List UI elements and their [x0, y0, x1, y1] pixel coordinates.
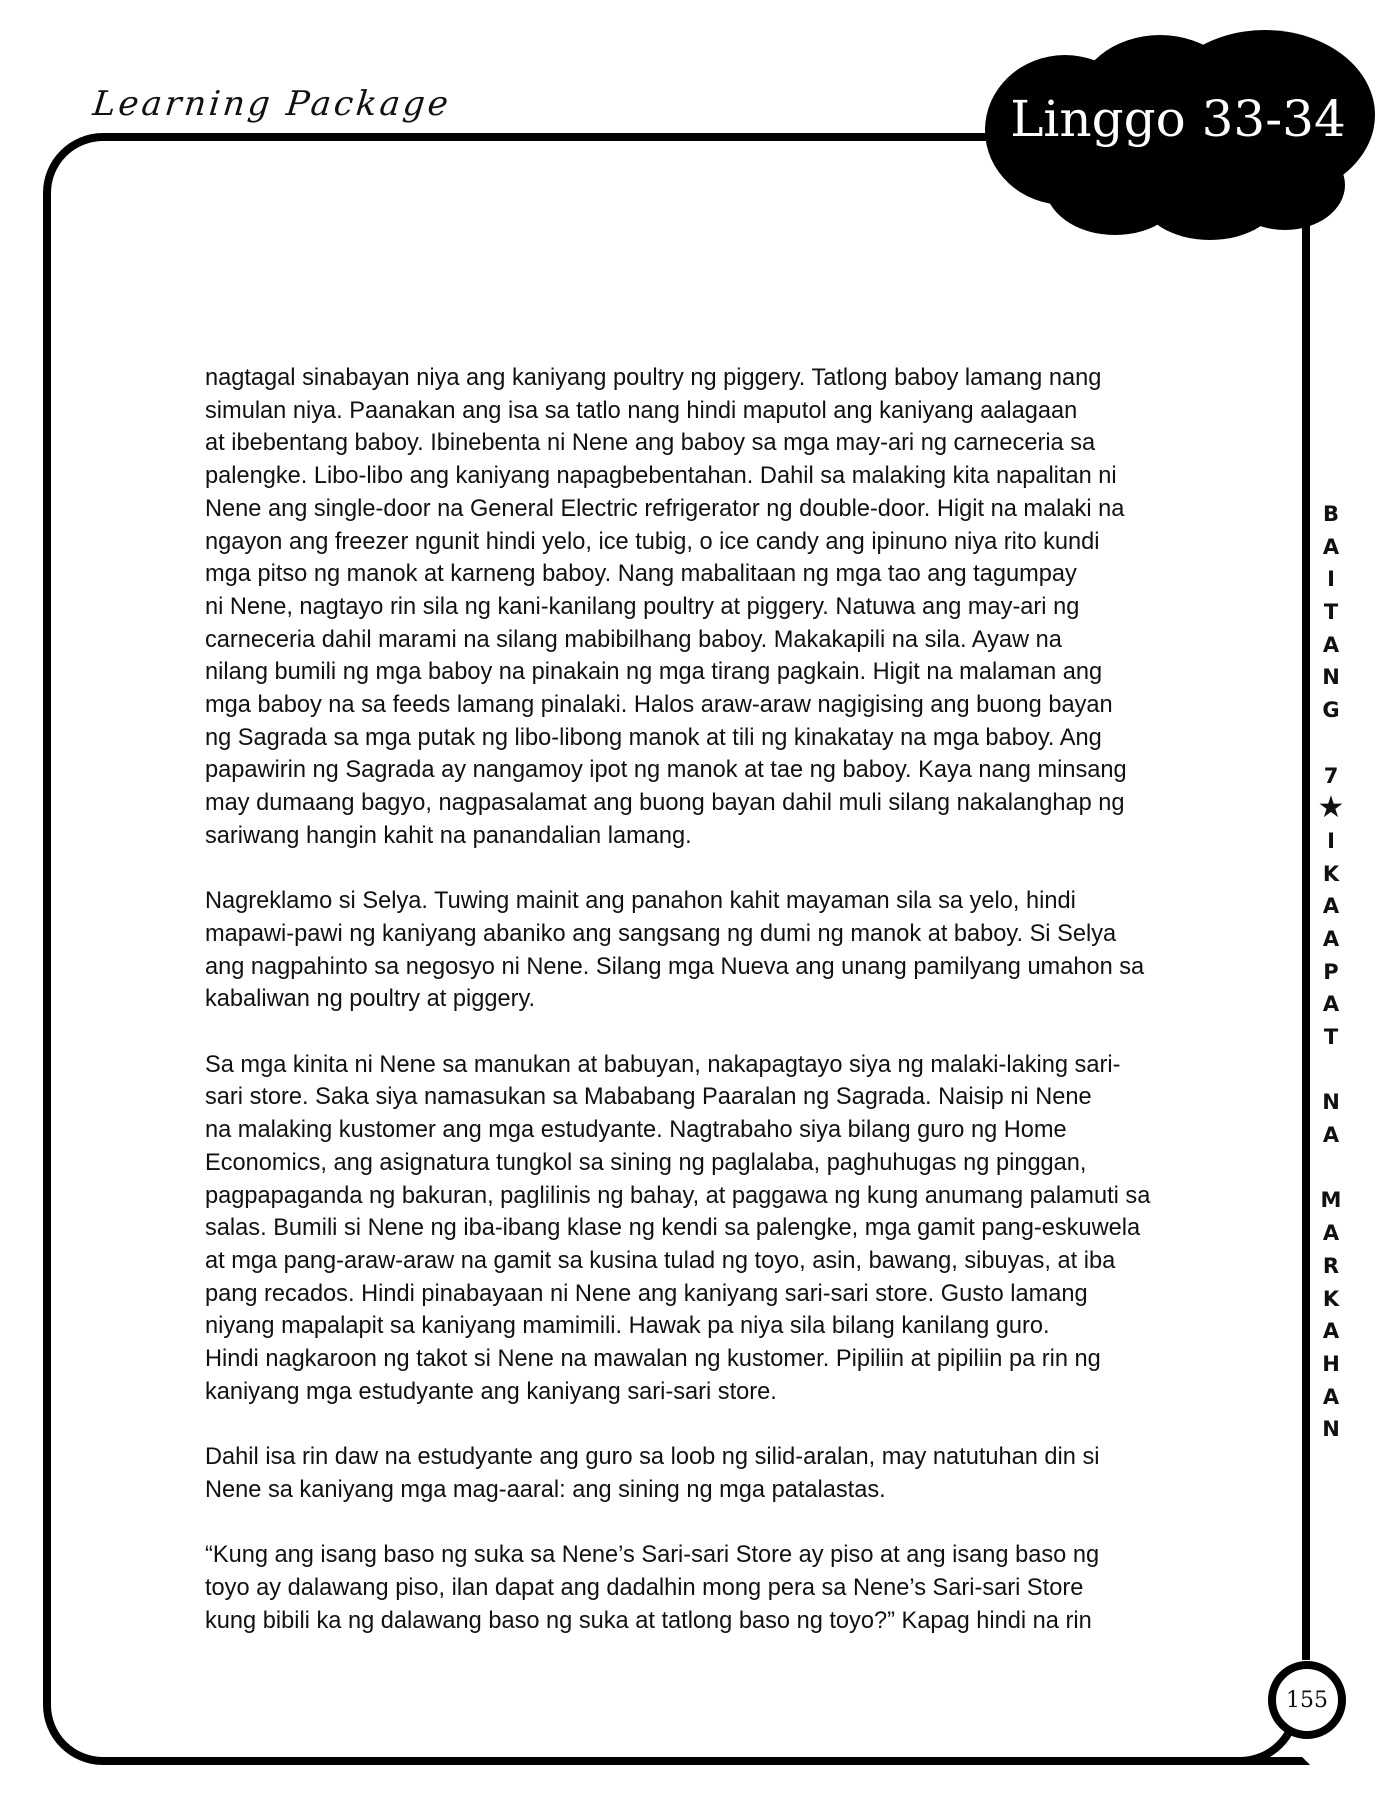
- text-line: sariwang hangin kahit na panandalian lam…: [205, 820, 1205, 853]
- sidebar-letter: P: [1316, 956, 1346, 989]
- text-line: Sa mga kinita ni Nene sa manukan at babu…: [205, 1049, 1205, 1082]
- sidebar-letter: A: [1316, 988, 1346, 1021]
- text-line: papawirin ng Sagrada ay nangamoy ipot ng…: [205, 754, 1205, 787]
- body-text: nagtagal sinabayan niya ang kaniyang pou…: [205, 362, 1205, 1670]
- text-line: salas. Bumili si Nene ng iba-ibang klase…: [205, 1212, 1205, 1245]
- paragraph: nagtagal sinabayan niya ang kaniyang pou…: [205, 362, 1205, 853]
- page-number: 155: [1286, 1688, 1328, 1713]
- sidebar-letter: K: [1316, 1283, 1346, 1316]
- paragraph: Nagreklamo si Selya. Tuwing mainit ang p…: [205, 885, 1205, 1016]
- text-line: mga pitso ng manok at karneng baboy. Nan…: [205, 558, 1205, 591]
- sidebar-letter: B: [1316, 498, 1346, 531]
- sidebar-letter: N: [1316, 1086, 1346, 1119]
- page-frame-right-edge: [1302, 180, 1310, 1660]
- sidebar-letter: A: [1316, 531, 1346, 564]
- text-line: toyo ay dalawang piso, ilan dapat ang da…: [205, 1572, 1205, 1605]
- learning-package-label: Learning Package: [91, 84, 453, 124]
- sidebar-letter: I: [1316, 563, 1346, 596]
- sidebar-letter: A: [1316, 1217, 1346, 1250]
- text-line: at ibebentang baboy. Ibinebenta ni Nene …: [205, 427, 1205, 460]
- paragraph: “Kung ang isang baso ng suka sa Nene’s S…: [205, 1539, 1205, 1637]
- sidebar-letter: N: [1316, 661, 1346, 694]
- sidebar-letter: R: [1316, 1250, 1346, 1283]
- sidebar-vertical-label: BAITANG7★IKAAPATNAMARKAHAN: [1316, 498, 1346, 1446]
- text-line: ngayon ang freezer ngunit hindi yelo, ic…: [205, 526, 1205, 559]
- text-line: at mga pang-araw-araw na gamit sa kusina…: [205, 1245, 1205, 1278]
- text-line: Hindi nagkaroon ng takot si Nene na mawa…: [205, 1343, 1205, 1376]
- text-line: Nene sa kaniyang mga mag-aaral: ang sini…: [205, 1474, 1205, 1507]
- star-icon: ★: [1316, 792, 1346, 825]
- text-line: ni Nene, nagtayo rin sila ng kani-kanila…: [205, 591, 1205, 624]
- sidebar-letter: I: [1316, 825, 1346, 858]
- text-line: mga baboy na sa feeds lamang pinalaki. H…: [205, 689, 1205, 722]
- week-badge-title: Linggo 33-34: [1003, 90, 1353, 148]
- text-line: kabaliwan ng poultry at piggery.: [205, 983, 1205, 1016]
- text-line: palengke. Libo-libo ang kaniyang napagbe…: [205, 460, 1205, 493]
- text-line: nagtagal sinabayan niya ang kaniyang pou…: [205, 362, 1205, 395]
- text-line: kaniyang mga estudyante ang kaniyang sar…: [205, 1376, 1205, 1409]
- sidebar-letter: [1316, 727, 1346, 760]
- text-line: Economics, ang asignatura tungkol sa sin…: [205, 1147, 1205, 1180]
- text-line: kung bibili ka ng dalawang baso ng suka …: [205, 1605, 1205, 1638]
- paragraph: Dahil isa rin daw na estudyante ang guro…: [205, 1441, 1205, 1506]
- sidebar-letter: [1316, 1054, 1346, 1087]
- sidebar-letter: A: [1316, 1381, 1346, 1414]
- sidebar-letter: G: [1316, 694, 1346, 727]
- text-line: carneceria dahil marami na silang mabibi…: [205, 624, 1205, 657]
- sidebar-letter: M: [1316, 1184, 1346, 1217]
- sidebar-letter: H: [1316, 1348, 1346, 1381]
- text-line: Dahil isa rin daw na estudyante ang guro…: [205, 1441, 1205, 1474]
- text-line: niyang mapalapit sa kaniyang mamimili. H…: [205, 1310, 1205, 1343]
- sidebar-letter: A: [1316, 1119, 1346, 1152]
- sidebar-letter: A: [1316, 890, 1346, 923]
- sidebar-letter: T: [1316, 596, 1346, 629]
- sidebar-letter: 7: [1316, 760, 1346, 793]
- sidebar-letter: [1316, 1152, 1346, 1185]
- text-line: Nagreklamo si Selya. Tuwing mainit ang p…: [205, 885, 1205, 918]
- sidebar-letter: N: [1316, 1413, 1346, 1446]
- paragraph: Sa mga kinita ni Nene sa manukan at babu…: [205, 1049, 1205, 1409]
- text-line: nilang bumili ng mga baboy na pinakain n…: [205, 656, 1205, 689]
- text-line: na malaking kustomer ang mga estudyante.…: [205, 1114, 1205, 1147]
- sidebar-letter: T: [1316, 1021, 1346, 1054]
- sidebar-letter: K: [1316, 858, 1346, 891]
- page-number-badge: 155: [1268, 1661, 1346, 1739]
- text-line: sari store. Saka siya namasukan sa Mabab…: [205, 1081, 1205, 1114]
- text-line: pang recados. Hindi pinabayaan ni Nene a…: [205, 1278, 1205, 1311]
- text-line: simulan niya. Paanakan ang isa sa tatlo …: [205, 395, 1205, 428]
- text-line: may dumaang bagyo, nagpasalamat ang buon…: [205, 787, 1205, 820]
- sidebar-letter: A: [1316, 923, 1346, 956]
- text-line: “Kung ang isang baso ng suka sa Nene’s S…: [205, 1539, 1205, 1572]
- text-line: pagpapaganda ng bakuran, paglilinis ng b…: [205, 1180, 1205, 1213]
- sidebar-letter: A: [1316, 1315, 1346, 1348]
- text-line: ang nagpahinto sa negosyo ni Nene. Silan…: [205, 951, 1205, 984]
- text-line: Nene ang single-door na General Electric…: [205, 493, 1205, 526]
- sidebar-letter: A: [1316, 629, 1346, 662]
- text-line: mapawi-pawi ng kaniyang abaniko ang sang…: [205, 918, 1205, 951]
- text-line: ng Sagrada sa mga putak ng libo-libong m…: [205, 722, 1205, 755]
